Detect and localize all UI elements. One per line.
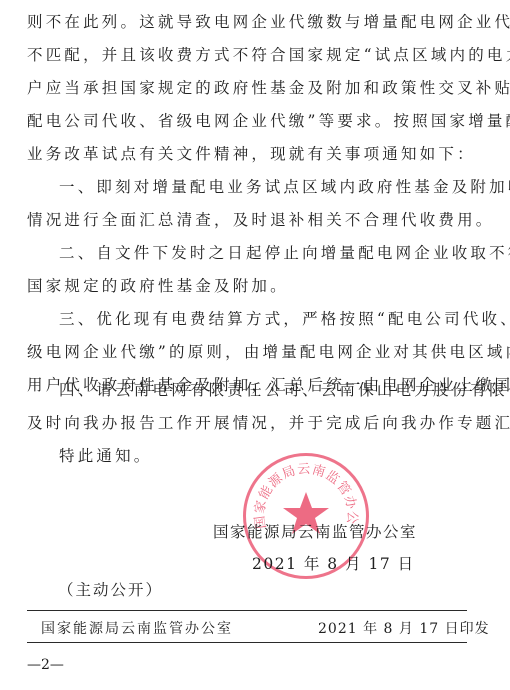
- item-2-line: 二、自文件下发时之日起停止向增量配电网企业收取不符合: [59, 243, 469, 263]
- item-4-line: 及时向我办报告工作开展情况，并于完成后向我办作专题汇报。: [27, 413, 467, 433]
- footer-top-rule: [27, 610, 467, 611]
- body-line: 业务改革试点有关文件精神，现就有关事项通知如下：: [27, 144, 467, 164]
- footer-bottom-rule: [27, 642, 467, 643]
- signature-issuer: 国家能源局云南监管办公室: [213, 520, 417, 542]
- footer-issuer: 国家能源局云南监管办公室: [41, 618, 233, 638]
- body-line: 配电公司代收、省级电网企业代缴”等要求。按照国家增量配电: [27, 111, 467, 131]
- body-line: 户应当承担国家规定的政府性基金及附加和政策性交叉补贴，由: [27, 78, 467, 98]
- disclosure-label: （主动公开）: [58, 580, 498, 600]
- item-4-line: 四、请云南电网有限责任公司、云南保山电力股份有限公司: [59, 380, 469, 400]
- item-3-line: 级电网企业代缴”的原则，由增量配电网企业对其供电区域内的: [27, 342, 467, 362]
- signature-date: 2021 年 8 月 17 日: [252, 552, 415, 574]
- document-page: 则不在此列。这就导致电网企业代缴数与增量配电网企业代收数 不匹配，并且该收费方式…: [0, 0, 510, 690]
- item-1-line: 一、即刻对增量配电业务试点区域内政府性基金及附加收取: [59, 177, 469, 197]
- footer-issue-date: 2021 年 8 月 17 日印发: [318, 618, 490, 638]
- body-line: 不匹配，并且该收费方式不符合国家规定“试点区域内的电力用: [27, 45, 467, 65]
- body-line: 则不在此列。这就导致电网企业代缴数与增量配电网企业代收数: [27, 12, 467, 32]
- item-3-line: 三、优化现有电费结算方式，严格按照“配电公司代收、省: [59, 309, 469, 329]
- page-number: —2—: [27, 657, 64, 673]
- item-1-line: 情况进行全面汇总清查，及时退补相关不合理代收费用。: [27, 210, 467, 230]
- item-2-line: 国家规定的政府性基金及附加。: [27, 276, 467, 296]
